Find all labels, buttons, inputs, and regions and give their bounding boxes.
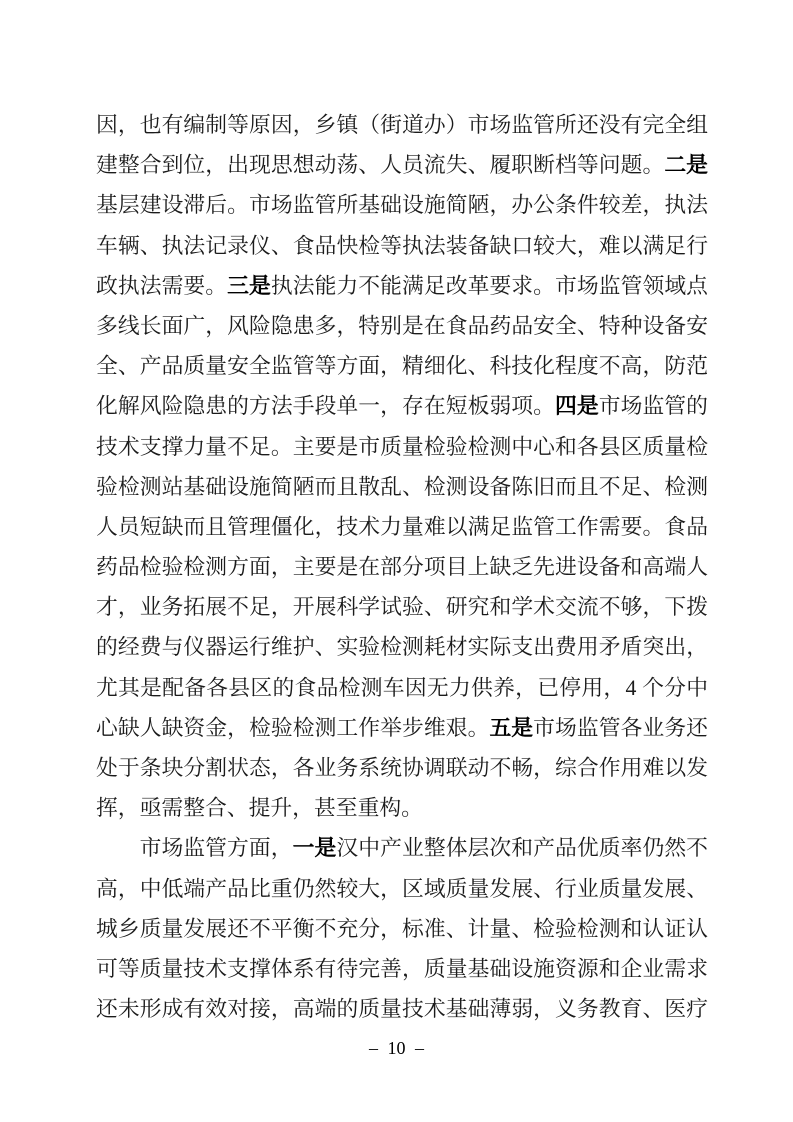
text-line: 挥，亟需整合、提升，甚至重构。	[96, 788, 708, 828]
text-line: 城乡质量发展还不平衡不充分，标准、计量、检验检测和认证认	[96, 909, 708, 949]
text-line: 才，业务拓展不足，开展科学试验、研究和学术交流不够，下拨	[96, 587, 708, 627]
text-line: 多线长面广，风险隐患多，特别是在食品药品安全、特种设备安	[96, 306, 708, 346]
text-line: 政执法需要。三是执法能力不能满足改革要求。市场监管领域点	[96, 266, 708, 306]
text-run: 验检测站基础设施简陋而且散乱、检测设备陈旧而且不足、检测	[96, 475, 708, 499]
text-line: 尤其是配备各县区的食品检测车因无力供养，已停用，4 个分中	[96, 668, 708, 708]
text-run-bold: 二是	[664, 153, 708, 177]
text-line: 还未形成有效对接，高端的质量技术基础薄弱，义务教育、医疗	[96, 989, 708, 1029]
document-page: 因，也有编制等原因，乡镇（街道办）市场监管所还没有完全组建整合到位，出现思想动荡…	[0, 0, 793, 1122]
text-line: 全、产品质量安全监管等方面，精细化、科技化程度不高，防范	[96, 346, 708, 386]
text-run: 建整合到位，出现思想动荡、人员流失、履职断档等问题。	[96, 153, 664, 177]
text-run: 尤其是配备各县区的食品检测车因无力供养，已停用，4 个分中	[96, 676, 708, 700]
text-run: 才，业务拓展不足，开展科学试验、研究和学术交流不够，下拨	[96, 595, 708, 619]
text-line: 化解风险隐患的方法手段单一，存在短板弱项。四是市场监管的	[96, 386, 708, 426]
text-run: 的经费与仪器运行维护、实验检测耗材实际支出费用矛盾突出，	[96, 635, 708, 659]
text-line: 验检测站基础设施简陋而且散乱、检测设备陈旧而且不足、检测	[96, 467, 708, 507]
text-run: 市场监管各业务还	[533, 716, 708, 740]
text-run-bold: 一是	[293, 836, 337, 860]
text-run: 执法能力不能满足改革要求。市场监管领域点	[271, 274, 708, 298]
page-number: – 10 –	[369, 1038, 424, 1058]
text-run: 化解风险隐患的方法手段单一，存在短板弱项。	[96, 394, 555, 418]
text-run: 挥，亟需整合、提升，甚至重构。	[96, 796, 423, 820]
text-run-bold: 五是	[489, 716, 533, 740]
text-line: 市场监管方面，一是汉中产业整体层次和产品优质率仍然不	[96, 828, 708, 868]
text-run: 政执法需要。	[96, 274, 227, 298]
text-run: 市场监管的	[599, 394, 708, 418]
text-line: 心缺人缺资金，检验检测工作举步维艰。五是市场监管各业务还	[96, 708, 708, 748]
text-run: 多线长面广，风险隐患多，特别是在食品药品安全、特种设备安	[96, 314, 708, 338]
text-line: 基层建设滞后。市场监管所基础设施简陋，办公条件较差，执法	[96, 185, 708, 225]
text-line: 车辆、执法记录仪、食品快检等执法装备缺口较大，难以满足行	[96, 226, 708, 266]
text-run: 城乡质量发展还不平衡不充分，标准、计量、检验检测和认证认	[96, 917, 708, 941]
text-line: 高，中低端产品比重仍然较大，区域质量发展、行业质量发展、	[96, 869, 708, 909]
text-line: 可等质量技术支撑体系有待完善，质量基础设施资源和企业需求	[96, 949, 708, 989]
text-line: 技术支撑力量不足。主要是市质量检验检测中心和各县区质量检	[96, 427, 708, 467]
text-run: 人员短缺而且管理僵化，技术力量难以满足监管工作需要。食品	[96, 515, 708, 539]
text-run: 市场监管方面，	[140, 836, 293, 860]
text-run: 技术支撑力量不足。主要是市质量检验检测中心和各县区质量检	[96, 435, 708, 459]
text-line: 因，也有编制等原因，乡镇（街道办）市场监管所还没有完全组	[96, 105, 708, 145]
text-run: 基层建设滞后。市场监管所基础设施简陋，办公条件较差，执法	[96, 193, 708, 217]
text-run: 全、产品质量安全监管等方面，精细化、科技化程度不高，防范	[96, 354, 708, 378]
text-line: 处于条块分割状态，各业务系统协调联动不畅，综合作用难以发	[96, 748, 708, 788]
text-run: 还未形成有效对接，高端的质量技术基础薄弱，义务教育、医疗	[96, 997, 708, 1021]
text-run-bold: 三是	[227, 274, 271, 298]
text-line: 的经费与仪器运行维护、实验检测耗材实际支出费用矛盾突出，	[96, 627, 708, 667]
text-line: 建整合到位，出现思想动荡、人员流失、履职断档等问题。二是	[96, 145, 708, 185]
text-run: 因，也有编制等原因，乡镇（街道办）市场监管所还没有完全组	[96, 113, 708, 137]
text-run: 高，中低端产品比重仍然较大，区域质量发展、行业质量发展、	[96, 877, 708, 901]
text-line: 药品检验检测方面，主要是在部分项目上缺乏先进设备和高端人	[96, 547, 708, 587]
text-run: 车辆、执法记录仪、食品快检等执法装备缺口较大，难以满足行	[96, 234, 708, 258]
text-run: 可等质量技术支撑体系有待完善，质量基础设施资源和企业需求	[96, 957, 708, 981]
text-run: 处于条块分割状态，各业务系统协调联动不畅，综合作用难以发	[96, 756, 708, 780]
text-run: 药品检验检测方面，主要是在部分项目上缺乏先进设备和高端人	[96, 555, 708, 579]
text-run-bold: 四是	[555, 394, 599, 418]
text-block: 因，也有编制等原因，乡镇（街道办）市场监管所还没有完全组建整合到位，出现思想动荡…	[96, 105, 708, 1029]
text-line: 人员短缺而且管理僵化，技术力量难以满足监管工作需要。食品	[96, 507, 708, 547]
text-run: 心缺人缺资金，检验检测工作举步维艰。	[96, 716, 489, 740]
page-footer: – 10 –	[0, 1036, 793, 1060]
text-run: 汉中产业整体层次和产品优质率仍然不	[336, 836, 708, 860]
